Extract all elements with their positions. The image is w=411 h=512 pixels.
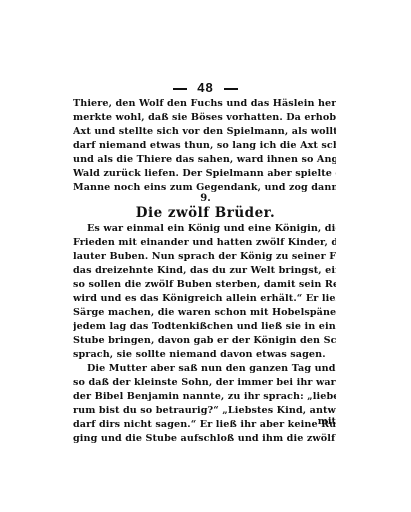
page-number: 48 — [0, 80, 411, 95]
text-line: wird und es das Königreich allein erhält… — [73, 292, 336, 306]
text-line: Es war einmal ein König und eine Königin… — [73, 222, 336, 236]
text-line: Wald zurück liefen. Der Spielmann aber s… — [73, 167, 336, 181]
text-line: jedem lag das Todtenkißchen und ließ sie… — [73, 320, 336, 334]
text-line: darf niemand etwas thun, so lang ich die… — [73, 139, 336, 153]
text-line: so daß der kleinste Sohn, der immer bei … — [73, 376, 336, 390]
continuation-paragraph: Thiere, den Wolf den Fuchs und das Häsle… — [73, 97, 336, 195]
text-line: ging und die Stube aufschloß und ihm die… — [73, 432, 336, 446]
text-line: das dreizehnte Kind, das du zur Welt bri… — [73, 264, 336, 278]
text-line: merkte wohl, daß sie Böses vorhatten. Da… — [73, 111, 336, 125]
text-line: lauter Buben. Nun sprach der König zu se… — [73, 250, 336, 264]
dash-right — [224, 88, 238, 90]
text-line: Die Mutter aber saß nun den ganzen Tag u… — [73, 362, 336, 376]
chapter-title: Die zwölf Brüder. — [0, 205, 411, 221]
dash-left — [173, 88, 187, 90]
text-line: und als die Thiere das sahen, ward ihnen… — [73, 153, 336, 167]
catchword: mit — [73, 415, 336, 429]
text-line: Frieden mit einander und hatten zwölf Ki… — [73, 236, 336, 250]
text-line: Stube bringen, davon gab er der Königin … — [73, 334, 336, 348]
text-line: so sollen die zwölf Buben sterben, damit… — [73, 278, 336, 292]
chapter-body: Es war einmal ein König und eine Königin… — [73, 222, 336, 446]
book-page: 48 Thiere, den Wolf den Fuchs und das Hä… — [0, 0, 411, 512]
text-line: Axt und stellte sich vor den Spielmann, … — [73, 125, 336, 139]
page-number-value: 48 — [197, 80, 213, 95]
text-line: der Bibel Benjamin nannte, zu ihr sprach… — [73, 390, 336, 404]
text-line: sprach, sie sollte niemand davon etwas s… — [73, 348, 336, 362]
text-line: Särge machen, die waren schon mit Hobels… — [73, 306, 336, 320]
text-line: Thiere, den Wolf den Fuchs und das Häsle… — [73, 97, 336, 111]
chapter-number: 9. — [0, 193, 411, 205]
